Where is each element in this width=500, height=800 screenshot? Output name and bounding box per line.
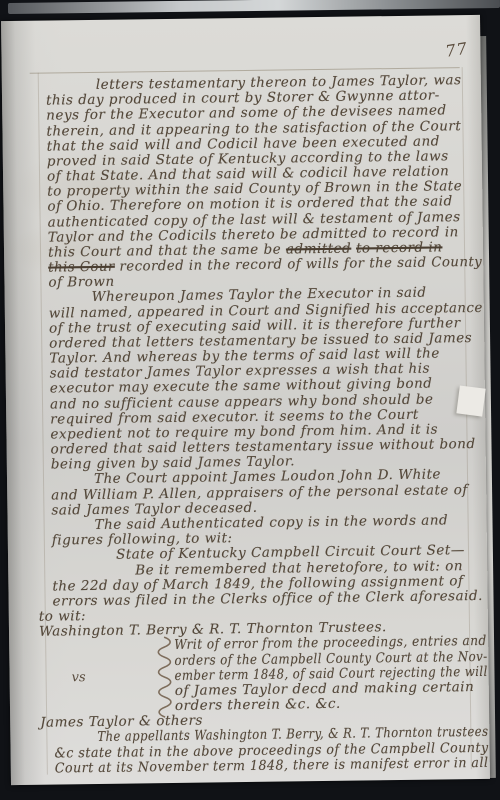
manuscript-line: Court at its November term 1848, there i… [55,756,489,777]
ledger-page: 77 letters testamentary thereon to James… [1,15,490,785]
brace-squiggle-icon [155,635,174,723]
page-number: 77 [444,39,469,61]
photo-background: 77 letters testamentary thereon to James… [0,0,500,800]
book-binding-edge [8,0,500,14]
vs-label: vs [72,670,86,685]
manuscript-lines: letters testamentary thereon to James Ta… [32,73,489,777]
